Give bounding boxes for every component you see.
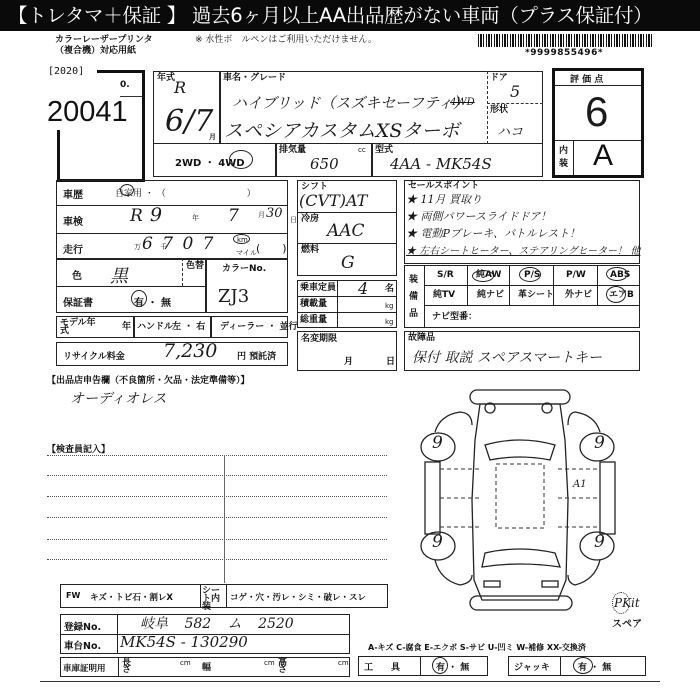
spare-label: スペア (612, 615, 642, 630)
color-no-label: カラーNo. (222, 261, 266, 274)
year-unit2: 年 (122, 323, 131, 331)
displacement-label: 排気量 (279, 146, 306, 154)
shape-label: 形状 (490, 106, 508, 114)
fuel-value: G (341, 253, 355, 273)
ac-label: 冷房 (301, 215, 319, 223)
man-unit: 万 (134, 243, 141, 251)
fuel-label: 燃料 (301, 246, 319, 254)
color-label: 色 (72, 267, 82, 282)
printer-note-line2: （複合機）対応用紙 (55, 46, 153, 57)
warranty-label: 保証書 (63, 294, 93, 309)
shape-strike: 4WD (450, 97, 475, 108)
barcode-number: *9999855496* (525, 48, 603, 59)
year-month-value: 6/7 (165, 104, 213, 139)
equip-sr: S/R (437, 271, 454, 279)
tire-mark-fr: 9 (594, 433, 605, 453)
recycle-unit: 円 預託済 (237, 349, 276, 362)
tire-mark-fl: 9 (432, 433, 443, 453)
inspector-label: 【検査員記入】 (47, 442, 110, 455)
interior-label-1: 内 (559, 147, 568, 155)
displacement-unit: cc (358, 146, 366, 154)
printer-note-line1: カラーレーザープリンタ (55, 35, 153, 46)
score-label: 評 価 点 (570, 72, 603, 85)
chassis-label: 車台No. (64, 638, 101, 652)
weight-unit: kg (385, 318, 394, 326)
car-damage-diagram (390, 380, 700, 620)
height-label: 高さ (278, 660, 286, 674)
era-value: R (174, 78, 186, 97)
equipment-label: 装備品 (409, 272, 419, 323)
lot-frame-left (57, 130, 60, 182)
length-unit: cm (180, 659, 191, 667)
width-unit: cm (264, 659, 275, 667)
length-label: 長さ (122, 660, 130, 674)
seller-notes-value: オーディオレス (70, 388, 166, 408)
handle-label: ハンドル (137, 323, 173, 331)
shape-value: ハコ (497, 121, 523, 140)
expiry-day: 日 (386, 358, 395, 366)
dealer-value: ディーラー ・ 並行 (220, 323, 298, 331)
day-unit: 日 (290, 216, 297, 224)
weight-label: 総重量 (300, 316, 327, 324)
pen-note: ※ 水性ボ ルペンはご利用いただけません。 (195, 35, 377, 46)
capacity-unit: 名 (385, 285, 394, 293)
inspection-day: 30 (266, 206, 283, 221)
mile-unit: マイル (236, 249, 257, 257)
shift-value: (CVT)AT (299, 191, 367, 210)
equip-tv: 純TV (433, 291, 455, 299)
score-value: 6 (585, 88, 608, 136)
height-unit: cm (338, 659, 349, 667)
load-unit: kg (385, 302, 394, 310)
month-unit: 月 (209, 133, 216, 141)
seat-label: シート内装 (202, 587, 224, 611)
drive-circle (229, 150, 253, 169)
lot-suffix: 0. (120, 80, 130, 90)
equip-ext-navi: 外ナビ (565, 291, 592, 299)
tire-mark-rl: 9 (432, 532, 443, 552)
capacity-label: 乗車定員 (300, 284, 336, 292)
garage-label: 車庫証明用 (63, 662, 106, 674)
color-change-label: 色替 (186, 262, 196, 270)
sales-point-4: ★ 左右シートヒーター、ステアリングヒーター！ 他 (406, 242, 640, 257)
sales-point-3: ★ 電動Pブレーキ、バトルレスト！ (406, 225, 580, 241)
printer-note: カラーレーザープリンタ （複合機）対応用紙 (55, 35, 153, 57)
reg-label: 登録No. (64, 619, 101, 633)
inspection-month: 7 (228, 206, 239, 226)
doors-label: ドア (490, 74, 508, 82)
lot-frame-right (142, 70, 145, 182)
model-year-label: モデル年式 (60, 319, 100, 335)
displacement-value: 650 (310, 155, 339, 173)
doors-value: 5 (510, 82, 520, 101)
recycle-label: リサイクル料金 (63, 349, 125, 362)
inspection-year: 9 (150, 204, 162, 226)
nav-model-label: ナビ型番： (432, 313, 477, 321)
name-line2: スペシアカスタムXSターボ (224, 116, 459, 143)
shift-label: シフト (301, 183, 328, 191)
banner-title: 【トレタマ＋保証 】 過去6ヶ月以上AA出品歴がない車両（プラス保証付） (0, 0, 700, 31)
ac-value: AAC (327, 221, 365, 241)
mile-paren: ( ) (256, 240, 287, 256)
equip-navi: 純ナビ (477, 291, 504, 299)
mileage-label: 走行 (63, 241, 83, 256)
barcode (478, 34, 654, 47)
sales-point-1: ★ 11月 買取り (406, 191, 482, 207)
inspection-era: R (130, 206, 143, 226)
accessories-value: 保付 取説 スペアスマートキー (412, 347, 602, 367)
lot-frame-top (97, 70, 145, 73)
color-no-value: ZJ3 (218, 286, 249, 307)
expiry-label: 名変期限 (301, 335, 337, 343)
equip-leather: 革シート (518, 291, 554, 299)
chassis-value: MK54S - 130290 (120, 633, 248, 651)
sales-point-2: ★ 両側パワースライドドア！ (406, 208, 551, 224)
interior-value: A (593, 139, 613, 173)
usage-value: 自家用 ・ （ ） (115, 186, 256, 199)
load-label: 積載量 (300, 300, 327, 308)
usage-label: 車歴 (63, 186, 83, 201)
damage-mark-a1: A1 (573, 479, 587, 490)
fw-items: キズ・トビ石・割レX (90, 591, 173, 603)
recycle-amount: 7,230 (163, 340, 217, 362)
tools-label: 工 具 (364, 660, 400, 673)
tire-mark-rr: 9 (594, 532, 605, 552)
fw-label: FW (66, 591, 80, 600)
model-code: 4AA - MK54S (390, 155, 492, 173)
width-label: 幅 (202, 664, 211, 672)
year-label: 年式 (157, 74, 175, 82)
sales-points-label: セールスポイント (408, 182, 479, 190)
year-unit: 年 (192, 214, 199, 222)
model-label: 型式 (375, 146, 393, 154)
damage-legend: A-キズ C-腐食 E-エクボ S-サビ U-凹ミ W-補修 XX-交換済 (368, 642, 586, 653)
seller-notes-label: 【出品店申告欄（不良箇所・欠品・法定準備等）】 (47, 373, 250, 386)
capacity-value: 4 (358, 279, 368, 298)
interior-label-2: 装 (559, 160, 568, 168)
color-value: 黒 (110, 262, 128, 288)
month-unit-2: 月 (258, 211, 265, 219)
seat-items: コゲ・穴・汚レ・シミ・破レ・スレ (230, 591, 366, 603)
jack-label: ジャッキ (514, 660, 550, 673)
equip-pw: P/W (566, 271, 586, 279)
name-label: 車名・グレード (223, 74, 286, 82)
accessories-label: 故障品 (408, 334, 435, 342)
name-line1: ハイブリッド（スズキセーフティ） (232, 92, 468, 113)
lot-number: 20041 (47, 96, 128, 129)
mileage-value: 6 7 0 7 (142, 234, 215, 254)
reg-value: 岐阜 582 ム 2520 (140, 613, 294, 633)
expiry-month: 月 (344, 358, 353, 366)
inspection-label: 車検 (63, 213, 83, 228)
handle-value: 左 ・ 右 (172, 323, 205, 331)
year-tag: [2020] (48, 66, 84, 77)
